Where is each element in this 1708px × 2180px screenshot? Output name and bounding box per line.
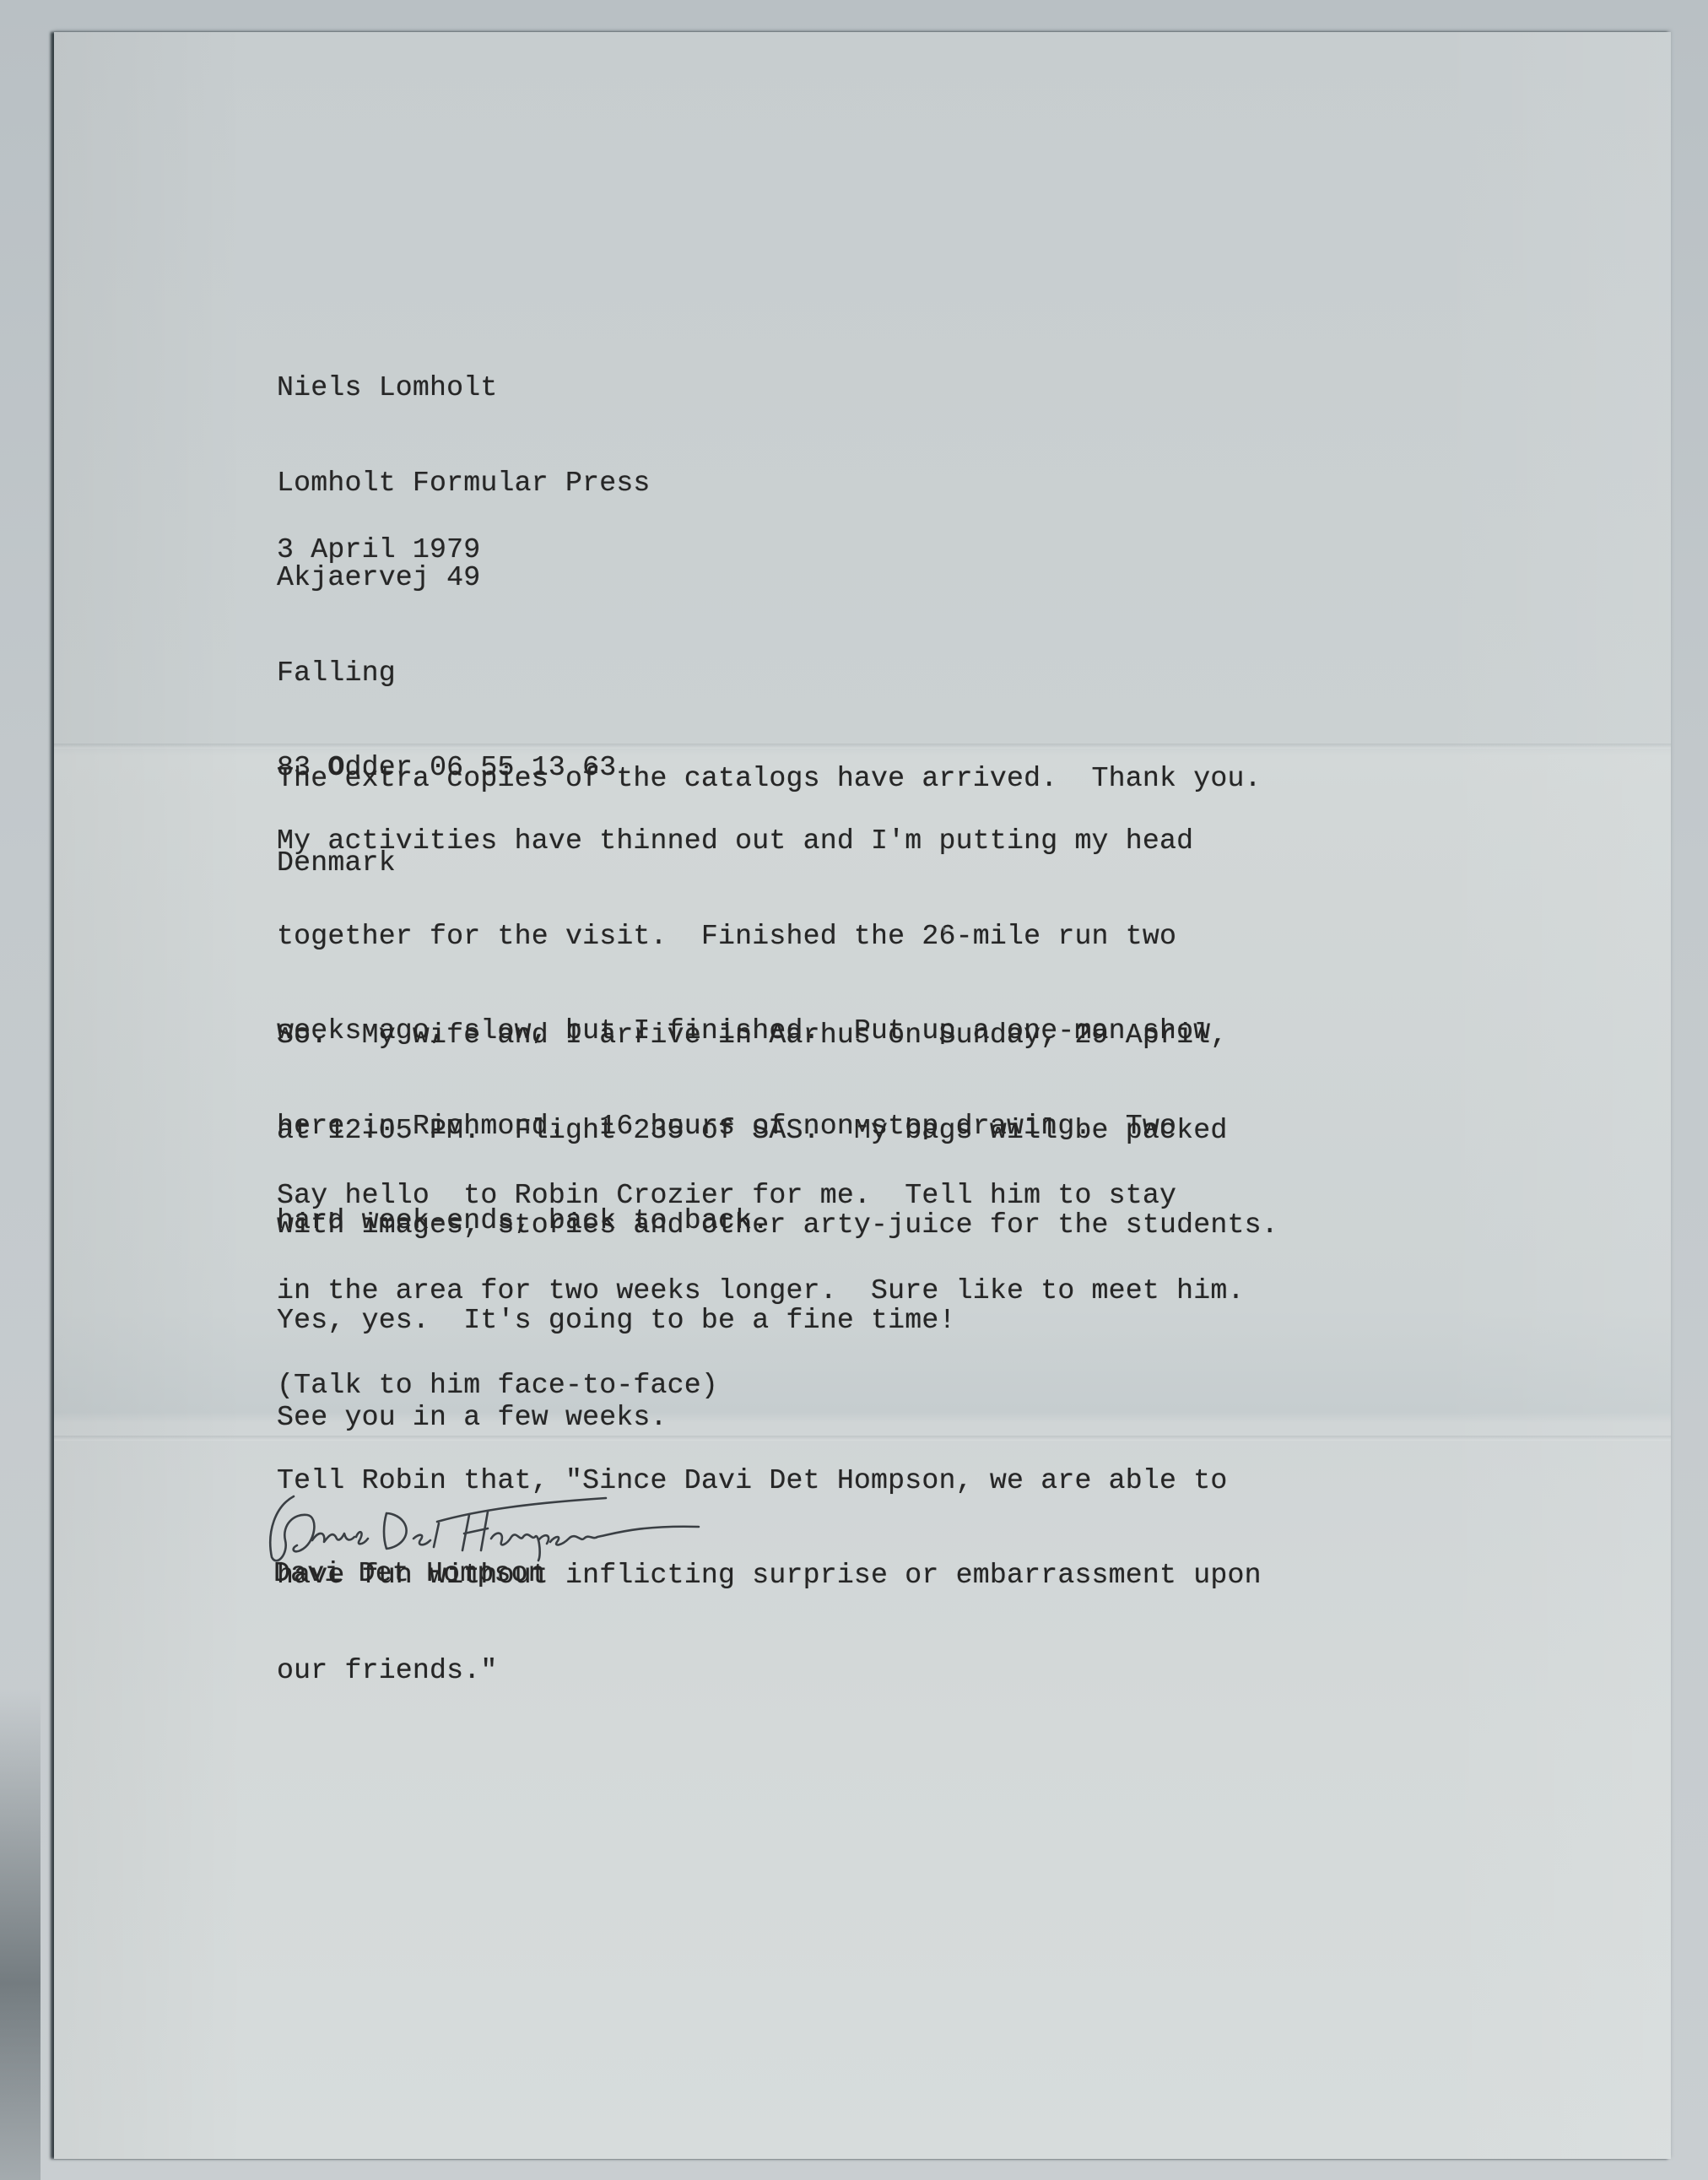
text-line: See you in a few weeks. xyxy=(277,1402,668,1434)
recipient-locality: Falling xyxy=(277,657,651,690)
handwritten-signature xyxy=(260,1473,732,1566)
body-paragraph-closing: See you in a few weeks. xyxy=(277,1339,668,1465)
letter-date: 3 April 1979 xyxy=(277,534,480,566)
text-line: in the area for two weeks longer. Sure l… xyxy=(277,1275,1262,1307)
text-line: Say hello to Robin Crozier for me. Tell … xyxy=(277,1180,1262,1212)
text-line: My activities have thinned out and I'm p… xyxy=(277,825,1210,857)
text-line: together for the visit. Finished the 26-… xyxy=(277,921,1210,953)
recipient-name: Niels Lomholt xyxy=(277,372,651,404)
recipient-company: Lomholt Formular Press xyxy=(277,468,651,500)
text-line: our friends." xyxy=(277,1655,1262,1687)
signer-name: Davi Det Hompson xyxy=(273,1558,545,1590)
background-shadow xyxy=(0,1688,41,2180)
text-line: So. My wife and I arrive in Aarhus on Su… xyxy=(277,1020,1278,1052)
recipient-street: Akjaervej 49 xyxy=(277,562,651,594)
